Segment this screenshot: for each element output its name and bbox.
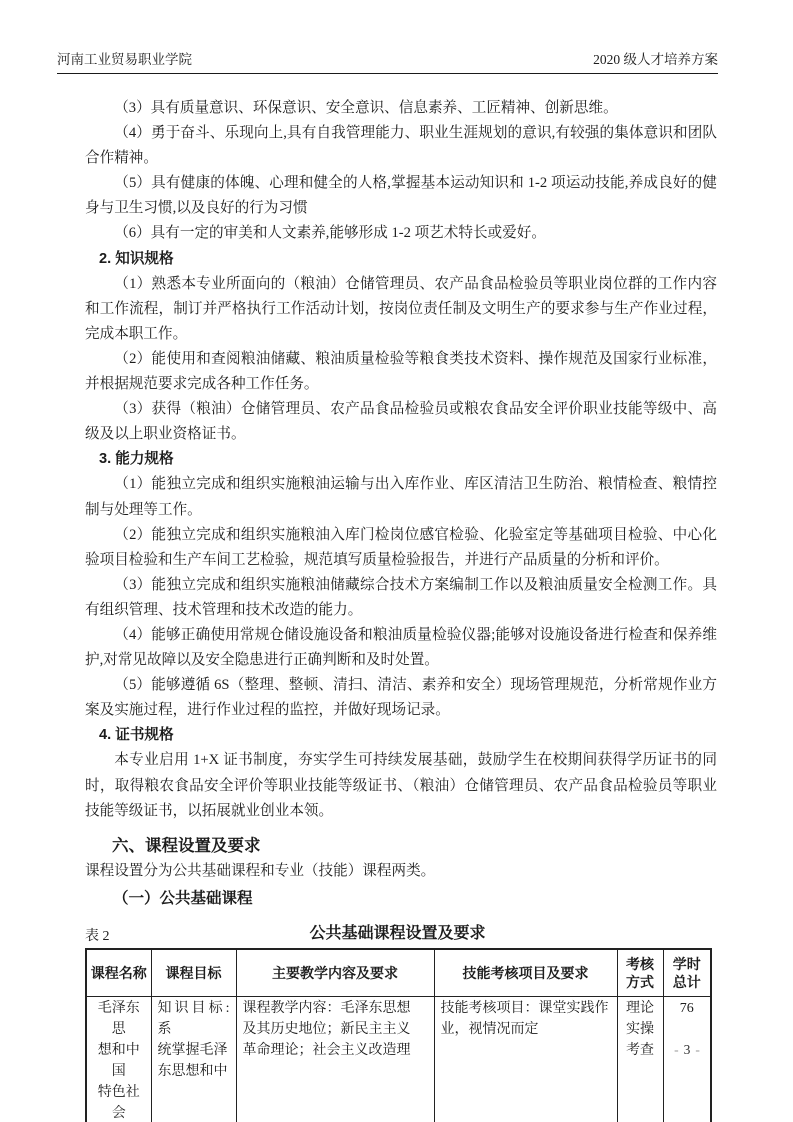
heading-certificate-spec: 4. 证书规格 <box>85 723 717 748</box>
cell-total-hours: 76 <box>663 996 711 1122</box>
page-number: -3- <box>647 1042 727 1058</box>
column-header-total-hours: 学时 总计 <box>663 949 711 997</box>
subsection-heading-public-basic-courses: （一）公共基础课程 <box>85 886 717 912</box>
header-plan-title: 2020 级人才培养方案 <box>593 51 718 69</box>
heading-knowledge-spec: 2. 知识规格 <box>85 247 717 272</box>
paragraph: （4）勇于奋斗、乐现向上,具有自我管理能力、职业生涯规划的意识,有较强的集体意识… <box>85 121 717 171</box>
cell-teaching-content: 课程教学内容：毛泽东思想 及其历史地位；新民主主义 革命理论；社会主义改造理 <box>236 996 434 1122</box>
paragraph: （1）能独立完成和组织实施粮油运输与出入库作业、库区清洁卫生防治、粮情检查、粮情… <box>85 472 717 522</box>
paragraph: （3）具有质量意识、环保意识、安全意识、信息素养、工匠精神、创新思维。 <box>85 96 717 121</box>
table-header-row: 课程名称 课程目标 主要教学内容及要求 技能考核项目及要求 考核 方式 学时 总… <box>86 949 711 997</box>
cell-course-name: 毛泽东思 想和中国 特色社会 <box>86 996 151 1122</box>
cell-course-goal: 知识目标:系 统掌握毛泽 东思想和中 <box>151 996 236 1122</box>
column-header-exam-method: 考核 方式 <box>617 949 663 997</box>
column-header-course-goal: 课程目标 <box>151 949 236 997</box>
table-caption: 表 2 公共基础课程设置及要求 <box>85 921 710 945</box>
paragraph: （1）熟悉本专业所面向的（粮油）仓储管理员、农产品食品检验员等职业岗位群的工作内… <box>85 272 717 347</box>
public-basic-course-table: 课程名称 课程目标 主要教学内容及要求 技能考核项目及要求 考核 方式 学时 总… <box>85 948 712 1122</box>
paragraph: （4）能够正确使用常规仓储设施设备和粮油质量检验仪器;能够对设施设备进行检查和保… <box>85 623 717 673</box>
paragraph: （5）具有健康的体魄、心理和健全的人格,掌握基本运动知识和 1-2 项运动技能,… <box>85 171 717 221</box>
paragraph: （6）具有一定的审美和人文素养,能够形成 1-2 项艺术特长或爱好。 <box>85 221 717 246</box>
paragraph: （2）能使用和查阅粮油储藏、粮油质量检验等粮食类技术资料、操作规范及国家行业标准… <box>85 347 717 397</box>
column-header-course-name: 课程名称 <box>86 949 151 997</box>
running-header: 河南工业贸易职业学院 2020 级人才培养方案 <box>57 51 718 74</box>
paragraph: 课程设置分为公共基础课程和专业（技能）课程两类。 <box>85 859 717 884</box>
table-title: 公共基础课程设置及要求 <box>85 921 710 946</box>
paragraph: 本专业启用 1+X 证书制度，夯实学生可持续发展基础，鼓励学生在校期间获得学历证… <box>85 748 717 823</box>
header-school-name: 河南工业贸易职业学院 <box>57 51 192 69</box>
page-number-dash-left: - <box>669 1042 684 1057</box>
paragraph: （3）能独立完成和组织实施粮油储藏综合技术方案编制工作以及粮油质量安全检测工作。… <box>85 573 717 623</box>
document-page: 河南工业贸易职业学院 2020 级人才培养方案 （3）具有质量意识、环保意识、安… <box>0 0 793 1122</box>
cell-exam-method: 理论 实操 考查 <box>617 996 663 1122</box>
table-row: 毛泽东思 想和中国 特色社会 知识目标:系 统掌握毛泽 东思想和中 课程教学内容… <box>86 996 711 1122</box>
paragraph: （3）获得（粮油）仓储管理员、农产品食品检验员或粮农食品安全评价职业技能等级中、… <box>85 397 717 447</box>
heading-ability-spec: 3. 能力规格 <box>85 447 717 472</box>
page-number-dash-right: - <box>690 1042 705 1057</box>
section-heading-course-setup: 六、课程设置及要求 <box>85 833 717 859</box>
paragraph: （2）能独立完成和组织实施粮油入库门检岗位感官检验、化验室定等基础项目检验、中心… <box>85 523 717 573</box>
column-header-skill-assessment: 技能考核项目及要求 <box>434 949 617 997</box>
paragraph: （5）能够遵循 6S（整理、整顿、清扫、清洁、素养和安全）现场管理规范，分析常规… <box>85 673 717 723</box>
cell-skill-assessment: 技能考核项目：课堂实践作 业，视情况而定 <box>434 996 617 1122</box>
column-header-teaching-content: 主要教学内容及要求 <box>236 949 434 997</box>
document-body: （3）具有质量意识、环保意识、安全意识、信息素养、工匠精神、创新思维。 （4）勇… <box>85 96 717 1122</box>
